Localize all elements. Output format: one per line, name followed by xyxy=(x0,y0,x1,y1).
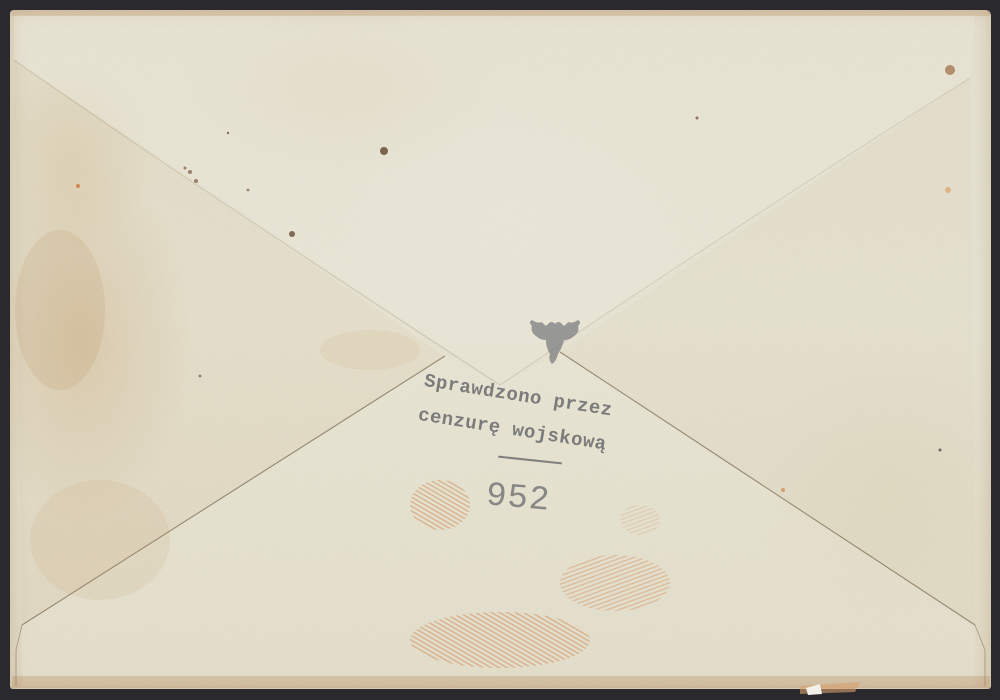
envelope-folds xyxy=(0,0,1000,700)
scene: Sprawdzono przez cenzurę wojskową 952 xyxy=(0,0,1000,700)
censor-stamp-number: 952 xyxy=(484,477,551,520)
eagle-emblem-icon xyxy=(526,318,584,366)
